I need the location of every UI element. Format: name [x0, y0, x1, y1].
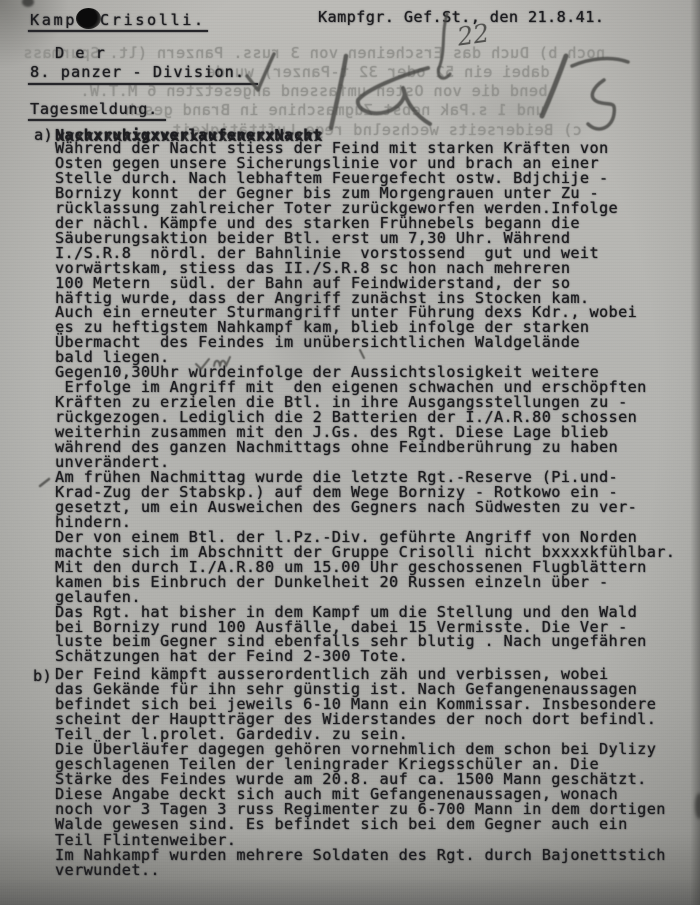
paper-edge-notch	[695, 793, 700, 819]
section-b-label: b)	[33, 667, 52, 685]
section-a-body: Während der Nacht stiess der Feind mit s…	[55, 141, 675, 664]
header-unit-name: KampCrisolli.	[30, 8, 206, 29]
underline-division	[28, 83, 258, 85]
header-unit-name-pre: Kamp	[30, 11, 77, 29]
pencil-mark-45-curl	[588, 80, 614, 129]
address-division: 8. panzer - Division.	[30, 63, 245, 81]
section-b-body: Der Feind kämpft ausserordentlich zäh un…	[55, 667, 666, 878]
scanned-document-page: noch b) Duch das Erscheinen von 3 russ. …	[0, 0, 700, 905]
underline-unit-name	[28, 30, 208, 32]
ink-blot	[76, 8, 101, 29]
paper-edge-smudge	[22, 0, 34, 7]
header-station-date: Kampfgr. Gef.St., den 21.8.41.	[318, 8, 604, 26]
report-subject: Tagesmeldung.	[30, 100, 158, 118]
underline-subject	[28, 119, 166, 121]
bleedthrough-line: noch b) Duch das Erscheinen von 3 russ. …	[23, 44, 605, 62]
header-unit-name-post: Crisolli.	[100, 11, 206, 29]
pencil-margin-tick	[40, 479, 49, 486]
bleedthrough-line: und 1 s.Pak nebst Zugmaschine in Brand g…	[125, 101, 545, 119]
address-salutation: D e r	[55, 44, 106, 62]
bleedthrough-line: dabei ein 52 oder 32 t-Panzer) wurde	[206, 63, 550, 81]
section-a-label: a)	[34, 126, 53, 144]
